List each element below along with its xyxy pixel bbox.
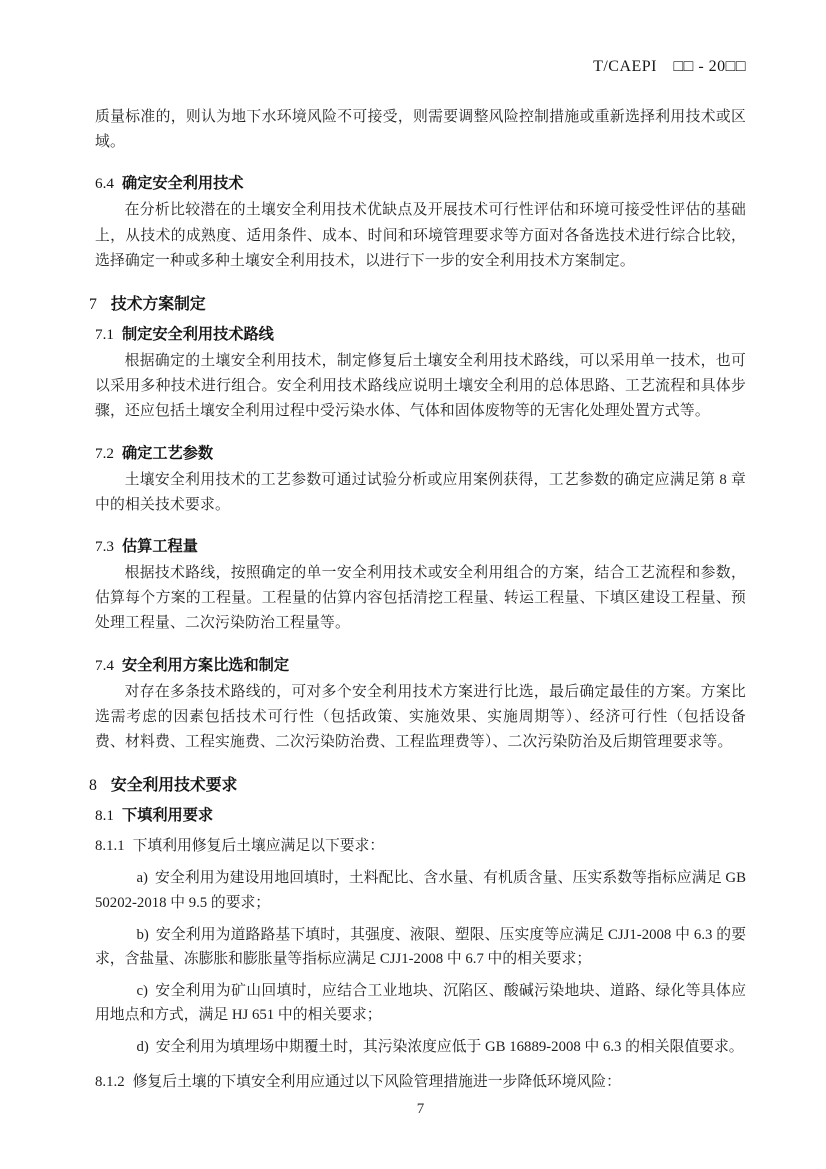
document-page: T/CAEPI □□ - 20□□ 质量标准的，则认为地下水环境风险不可接受，则… (0, 0, 826, 1169)
list-item-text: 安全利用为建设用地回填时，土料配比、含水量、有机质含量、压实系数等指标应满足 G… (95, 870, 746, 911)
section-7-1-paragraph: 根据确定的土壤安全利用技术，制定修复后土壤安全利用技术路线，可以采用单一技术，也… (95, 349, 746, 425)
list-item-d: d)安全利用为填埋场中期覆土时，其污染浓度应低于 GB 16889-2008 中… (95, 1035, 746, 1060)
clause-8-1-1: 8.1.1下填利用修复后土壤应满足以下要求： (95, 834, 746, 859)
standard-code: T/CAEPI □□ - 20□□ (593, 58, 746, 75)
list-marker: b) (136, 927, 148, 943)
page-number: 7 (417, 1101, 425, 1117)
section-number: 7.1 (95, 326, 114, 343)
list-marker: c) (136, 983, 148, 999)
section-number: 8.1 (95, 807, 114, 824)
page-header: T/CAEPI □□ - 20□□ (95, 55, 746, 79)
chapter-8-heading: 8安全利用技术要求 (89, 775, 746, 797)
section-title: 估算工程量 (122, 538, 198, 555)
section-7-4-paragraph: 对存在多条技术路线的，可对多个安全利用技术方案进行比选，最后确定最佳的方案。方案… (95, 680, 746, 756)
list-item-a: a)安全利用为建设用地回填时，土料配比、含水量、有机质含量、压实系数等指标应满足… (95, 866, 746, 915)
chapter-number: 8 (89, 777, 97, 794)
section-7-3-paragraph: 根据技术路线，按照确定的单一安全利用技术或安全利用组合的方案，结合工艺流程和参数… (95, 561, 746, 637)
section-number: 7.4 (95, 657, 114, 674)
clause-8-1-2: 8.1.2修复后土壤的下填安全利用应通过以下风险管理措施进一步降低环境风险： (95, 1070, 746, 1095)
clause-number: 8.1.1 (95, 838, 125, 854)
section-title: 制定安全利用技术路线 (122, 326, 274, 343)
section-number: 7.2 (95, 445, 114, 462)
list-item-b: b)安全利用为道路路基下填时，其强度、液限、塑限、压实度等应满足 CJJ1-20… (95, 923, 746, 972)
list-item-text: 安全利用为道路路基下填时，其强度、液限、塑限、压实度等应满足 CJJ1-2008… (95, 927, 746, 968)
section-number: 6.4 (95, 175, 114, 192)
chapter-7-heading: 7技术方案制定 (89, 294, 746, 316)
paragraph-continuation: 质量标准的，则认为地下水环境风险不可接受，则需要调整风险控制措施或重新选择利用技… (95, 105, 746, 155)
list-marker: d) (136, 1039, 148, 1055)
list-item-text: 安全利用为矿山回填时，应结合工业地块、沉陷区、酸碱污染地块、道路、绿化等具体应用… (95, 983, 746, 1024)
section-7-3-heading: 7.3估算工程量 (95, 536, 746, 557)
list-item-text: 安全利用为填埋场中期覆土时，其污染浓度应低于 GB 16889-2008 中 6… (156, 1039, 744, 1055)
chapter-title: 技术方案制定 (111, 296, 206, 313)
list-marker: a) (136, 870, 148, 886)
section-title: 确定安全利用技术 (122, 175, 244, 192)
section-title: 下填利用要求 (122, 807, 213, 824)
section-6-4-heading: 6.4确定安全利用技术 (95, 173, 746, 194)
section-number: 7.3 (95, 538, 114, 555)
section-7-1-heading: 7.1制定安全利用技术路线 (95, 324, 746, 345)
clause-text: 修复后土壤的下填安全利用应通过以下风险管理措施进一步降低环境风险： (133, 1074, 621, 1090)
list-item-c: c)安全利用为矿山回填时，应结合工业地块、沉陷区、酸碱污染地块、道路、绿化等具体… (95, 979, 746, 1028)
chapter-number: 7 (89, 296, 97, 313)
section-7-2-heading: 7.2确定工艺参数 (95, 443, 746, 464)
clause-number: 8.1.2 (95, 1074, 125, 1090)
section-title: 确定工艺参数 (122, 445, 213, 462)
section-8-1-heading: 8.1下填利用要求 (95, 805, 746, 826)
chapter-title: 安全利用技术要求 (111, 777, 237, 794)
clause-text: 下填利用修复后土壤应满足以下要求： (133, 838, 385, 854)
section-title: 安全利用方案比选和制定 (122, 657, 289, 674)
page-footer: 7 (95, 1101, 746, 1118)
section-6-4-paragraph: 在分析比较潜在的土壤安全利用技术优缺点及开展技术可行性评估和环境可接受性评估的基… (95, 198, 746, 274)
section-7-2-paragraph: 土壤安全利用技术的工艺参数可通过试验分析或应用案例获得，工艺参数的确定应满足第 … (95, 468, 746, 518)
section-7-4-heading: 7.4安全利用方案比选和制定 (95, 655, 746, 676)
